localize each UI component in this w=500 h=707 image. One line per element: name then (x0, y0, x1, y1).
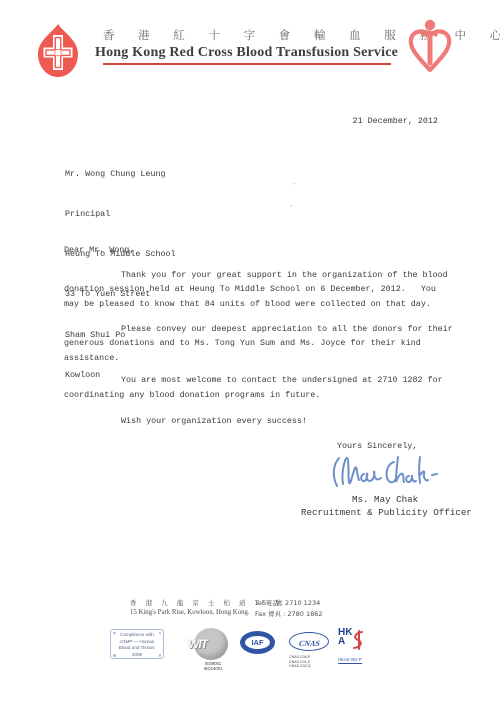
letter-body: Dear Mr. Wong, Thank you for your great … (64, 243, 440, 429)
donor-heart-icon (407, 18, 453, 76)
scan-artifact: ’ (290, 204, 292, 212)
salutation: Dear Mr. Wong, (64, 243, 440, 258)
blood-drop-cross-icon (38, 24, 78, 78)
letter-page: 香 港 紅 十 字 會 輸 血 服 務 中 心 Hong Kong Red Cr… (0, 0, 500, 707)
cgmp-compliance-stamp: Compliance with cGMP — Human Blood and T… (110, 629, 164, 659)
paragraph-2: Please convey our deepest appreciation t… (64, 322, 440, 366)
iaf-logo: IAF (240, 631, 275, 654)
handwritten-signature (328, 450, 440, 496)
hkas-caption: HKAS 002 P (338, 657, 362, 664)
hkas-logo: HK A (338, 628, 372, 646)
paragraph-4: Wish your organization every success! (64, 414, 440, 429)
letter-date: 21 December, 2012 (65, 116, 438, 126)
header-rule (103, 63, 391, 65)
footer-address-english: 15 King's Park Rise, Kowloon, Hong Kong. (130, 609, 250, 616)
header-title-chinese: 香 港 紅 十 字 會 輸 血 服 務 中 心 (103, 27, 393, 43)
recipient-name: Mr. Wong Chung Leung (65, 168, 176, 181)
recipient-role: Principal (65, 208, 176, 221)
iso-globe-caption: ISO9001 ISO14001 (197, 661, 229, 671)
paragraph-1: Thank you for your great support in the … (64, 268, 440, 312)
paragraph-3: You are most welcome to contact the unde… (64, 373, 440, 402)
footer-fax: Fax 傳真 : 2780 1862 (255, 609, 323, 618)
signature-title: Recruitment & Publicity Officer (301, 507, 472, 518)
cnas-caption: CNAS C08-P CNAS C01-C CNAS C02-Q (289, 655, 329, 669)
hkas-red-brush-icon (350, 630, 366, 650)
footer-tel: Tel 電話 : 2710 1234 (255, 598, 320, 607)
signature-name: Ms. May Chak (352, 494, 418, 505)
header-title-english: Hong Kong Red Cross Blood Transfusion Se… (95, 45, 395, 61)
iso-globe-logo: WIT (194, 628, 228, 660)
scan-artifact: ’ (293, 182, 295, 190)
cnas-logo: CNAS (289, 632, 329, 651)
